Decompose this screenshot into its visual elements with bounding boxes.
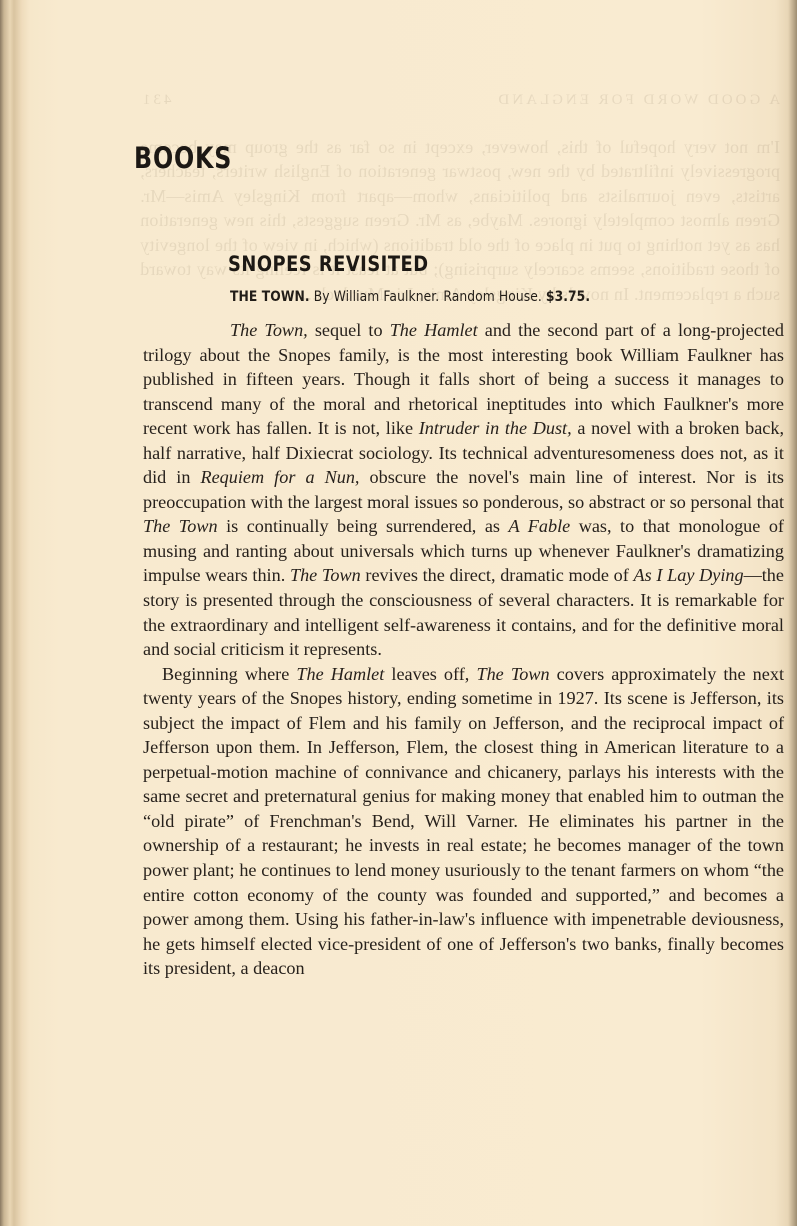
bleed-running-head: A GOOD WORD FOR ENGLAND 431: [140, 88, 780, 113]
italic-title: Intruder in the Dust,: [419, 418, 572, 438]
section-heading: BOOKS: [134, 141, 232, 175]
text-run: is continually being surrendered, as: [218, 516, 509, 536]
italic-title: The Town: [476, 664, 549, 684]
byline-price: $3.75.: [546, 289, 590, 305]
article-title: SNOPES REVISITED: [228, 252, 429, 276]
text-run: leaves off,: [384, 664, 476, 684]
bleed-body: I'm not very hopeful of this, however, e…: [140, 135, 780, 307]
byline-publisher: Random House.: [443, 289, 542, 305]
italic-title: The Town: [143, 516, 218, 536]
italic-title: As I Lay Dying: [633, 565, 743, 585]
text-run: Beginning where: [162, 664, 296, 684]
italic-title: The Hamlet: [390, 320, 478, 340]
byline-book-title: THE TOWN.: [230, 289, 310, 305]
article-body: The Town, sequel to The Hamlet and the s…: [143, 318, 784, 981]
book-byline: THE TOWN. By William Faulkner. Random Ho…: [230, 289, 590, 305]
byline-author: By William Faulkner.: [314, 289, 440, 305]
text-run: covers approximately the next twenty yea…: [143, 664, 784, 979]
text-run: sequel to: [308, 320, 390, 340]
italic-title: The Town: [290, 565, 361, 585]
italic-title: The Town,: [230, 320, 308, 340]
text-run: revives the direct, dramatic mode of: [361, 565, 634, 585]
italic-title: The Hamlet: [296, 664, 384, 684]
book-page: A GOOD WORD FOR ENGLAND 431 I'm not very…: [0, 0, 797, 1226]
italic-title: Requiem for a Nun,: [201, 467, 360, 487]
paragraph-1: The Town, sequel to The Hamlet and the s…: [143, 318, 784, 662]
paragraph-2: Beginning where The Hamlet leaves off, T…: [143, 662, 784, 981]
italic-title: A Fable: [509, 516, 571, 536]
